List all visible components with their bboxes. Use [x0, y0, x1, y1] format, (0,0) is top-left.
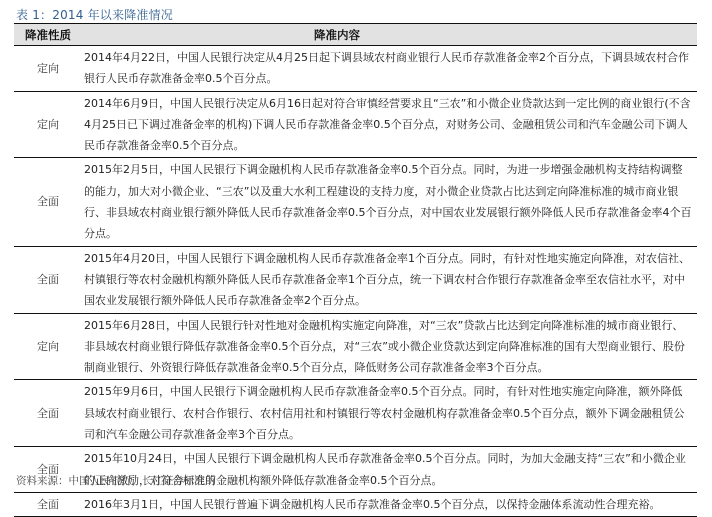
source-note: 资料来源：中国人民银行，长江证券研究所 [16, 473, 216, 488]
table-row: 定向 2014年6月9日，中国人民银行决定从6月16日起对符合审慎经营要求且“三… [14, 91, 697, 158]
cell-type: 全面 [14, 246, 82, 313]
header-content: 降准内容 [82, 24, 697, 46]
table-row: 全面 2015年9月6日，中国人民银行下调金融机构人民币存款准备金率0.5个百分… [14, 380, 697, 447]
cell-content: 2015年6月28日，中国人民银行针对性地对金融机构实施定向降准，对“三农”贷款… [82, 313, 697, 380]
cell-type: 定向 [14, 313, 82, 380]
cell-content: 2014年6月9日，中国人民银行决定从6月16日起对符合审慎经营要求且“三农”和… [82, 91, 697, 158]
table-row: 全面 2015年4月20日，中国人民银行下调金融机构人民币存款准备金率1个百分点… [14, 246, 697, 313]
rrr-cuts-table: 降准性质 降准内容 定向 2014年4月22日，中国人民银行决定从4月25日起下… [14, 23, 697, 492]
table-caption: 表 1：2014 年以来降准情况 [16, 6, 173, 23]
table-row: 定向 2014年4月22日，中国人民银行决定从4月25日起下调县域农村商业银行人… [14, 46, 697, 92]
cell-type: 定向 [14, 46, 82, 92]
cell-type: 定向 [14, 91, 82, 158]
cell-type: 全面 [14, 158, 82, 246]
cell-content: 2015年4月20日，中国人民银行下调金融机构人民币存款准备金率1个百分点。同时… [82, 246, 697, 313]
header-type: 降准性质 [14, 24, 82, 46]
table-row: 全面 2015年2月5日，中国人民银行下调金融机构人民币存款准备金率0.5个百分… [14, 158, 697, 246]
table-header-row: 降准性质 降准内容 [14, 24, 697, 46]
cell-type: 全面 [14, 380, 82, 447]
cell-content: 2015年9月6日，中国人民银行下调金融机构人民币存款准备金率0.5个百分点。同… [82, 380, 697, 447]
cell-content: 2015年2月5日，中国人民银行下调金融机构人民币存款准备金率0.5个百分点。同… [82, 158, 697, 246]
table-row: 定向 2015年6月28日，中国人民银行针对性地对金融机构实施定向降准，对“三农… [14, 313, 697, 380]
cell-content: 2014年4月22日，中国人民银行决定从4月25日起下调县域农村商业银行人民币存… [82, 46, 697, 92]
